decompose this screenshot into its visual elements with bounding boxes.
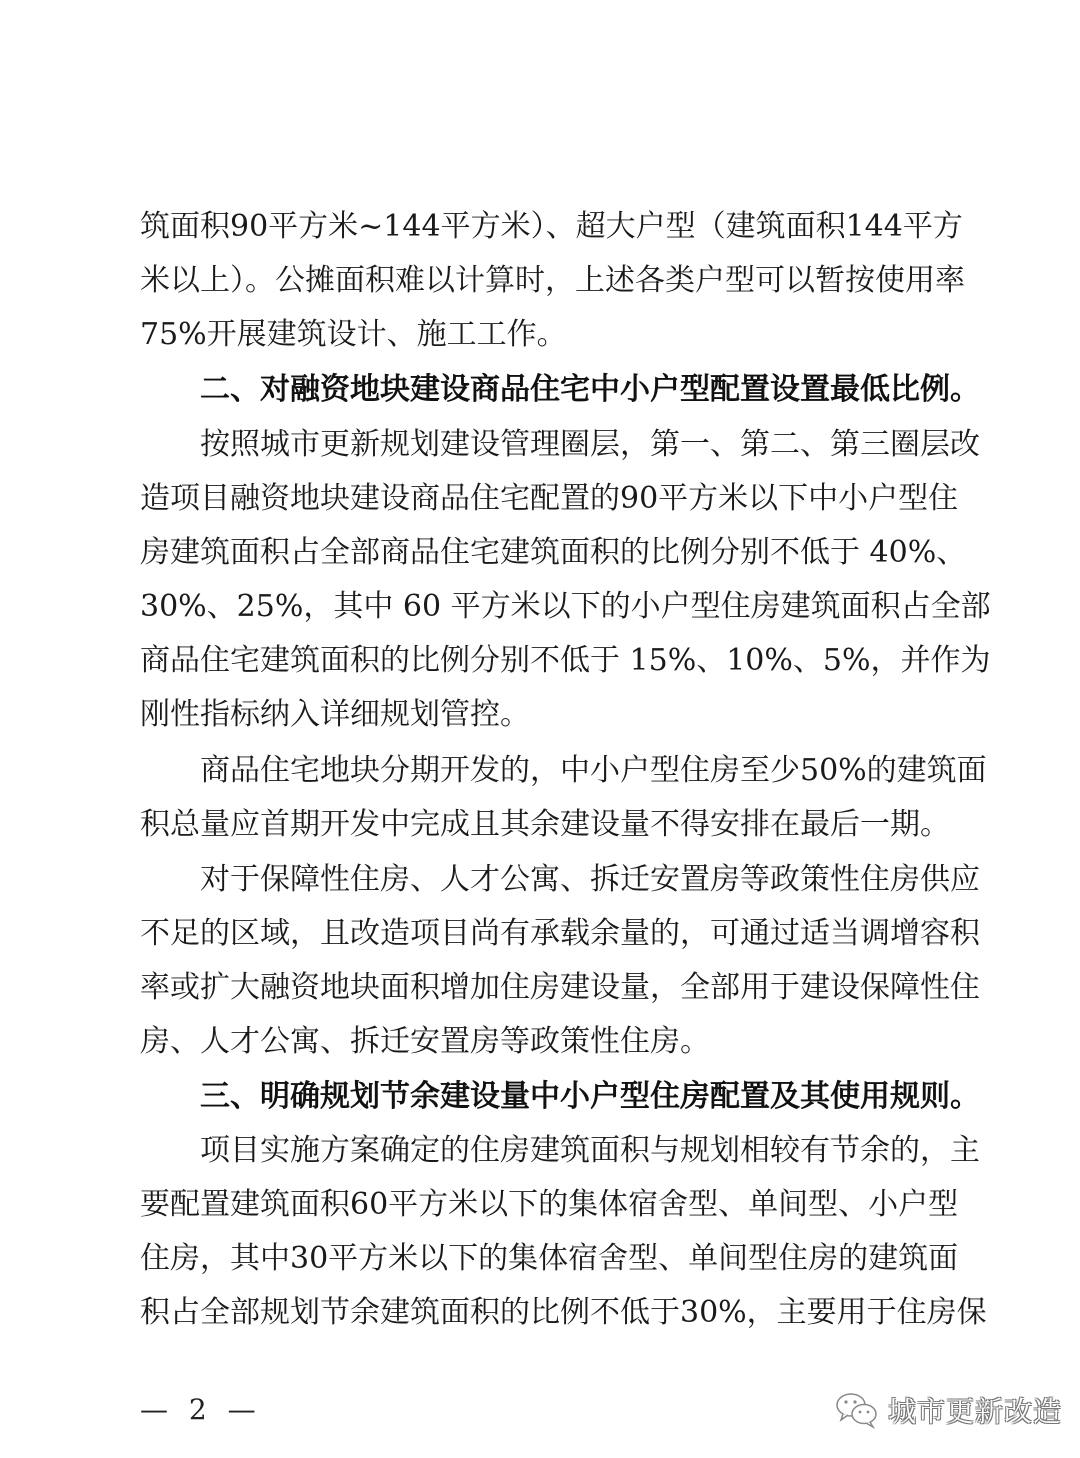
- text-line: 项目实施方案确定的住房建筑面积与规划相较有节余的，主: [200, 1131, 940, 1171]
- watermark-text: 城市更新改造: [888, 1390, 1062, 1430]
- text-line: 住房，其中30平方米以下的集体宿舍型、单间型住房的建筑面: [140, 1239, 940, 1279]
- section-heading-3: 三、明确规划节余建设量中小户型住房配置及其使用规则。: [200, 1077, 940, 1117]
- text-line: 30%、25%，其中 60 平方米以下的小户型住房建筑面积占全部: [140, 587, 940, 627]
- text-line: 商品住宅地块分期开发的，中小户型住房至少50%的建筑面: [200, 751, 940, 791]
- text-line: 房、人才公寓、拆迁安置房等政策性住房。: [140, 1022, 940, 1062]
- text-line: 商品住宅建筑面积的比例分别不低于 15%、10%、5%，并作为: [140, 641, 940, 681]
- section-heading-2: 二、对融资地块建设商品住宅中小户型配置设置最低比例。: [200, 370, 940, 410]
- page-number: — 2 —: [140, 1392, 262, 1428]
- text-line: 按照城市更新规划建设管理圈层，第一、第二、第三圈层改: [200, 425, 940, 465]
- text-line: 75%开展建筑设计、施工工作。: [140, 315, 940, 355]
- text-line: 积占全部规划节余建筑面积的比例不低于30%，主要用于住房保: [140, 1293, 940, 1333]
- text-line: 刚性指标纳入详细规划管控。: [140, 695, 940, 735]
- watermark: 城市更新改造: [834, 1388, 1062, 1432]
- text-line: 造项目融资地块建设商品住宅配置的90平方米以下中小户型住: [140, 479, 940, 519]
- text-line: 不足的区域，且改造项目尚有承载余量的，可通过适当调增容积: [140, 914, 940, 954]
- wechat-icon: [834, 1390, 880, 1430]
- text-line: 筑面积90平方米~144平方米）、超大户型（建筑面积144平方: [140, 207, 940, 247]
- document-page: 筑面积90平方米~144平方米）、超大户型（建筑面积144平方 米以上）。公摊面…: [0, 0, 1080, 1458]
- text-line: 米以上）。公摊面积难以计算时，上述各类户型可以暂按使用率: [140, 261, 940, 301]
- text-line: 房建筑面积占全部商品住宅建筑面积的比例分别不低于 40%、: [140, 533, 940, 573]
- text-line: 要配置建筑面积60平方米以下的集体宿舍型、单间型、小户型: [140, 1185, 940, 1225]
- text-line: 积总量应首期开发中完成且其余建设量不得安排在最后一期。: [140, 805, 940, 845]
- text-line: 对于保障性住房、人才公寓、拆迁安置房等政策性住房供应: [200, 860, 940, 900]
- text-line: 率或扩大融资地块面积增加住房建设量，全部用于建设保障性住: [140, 968, 940, 1008]
